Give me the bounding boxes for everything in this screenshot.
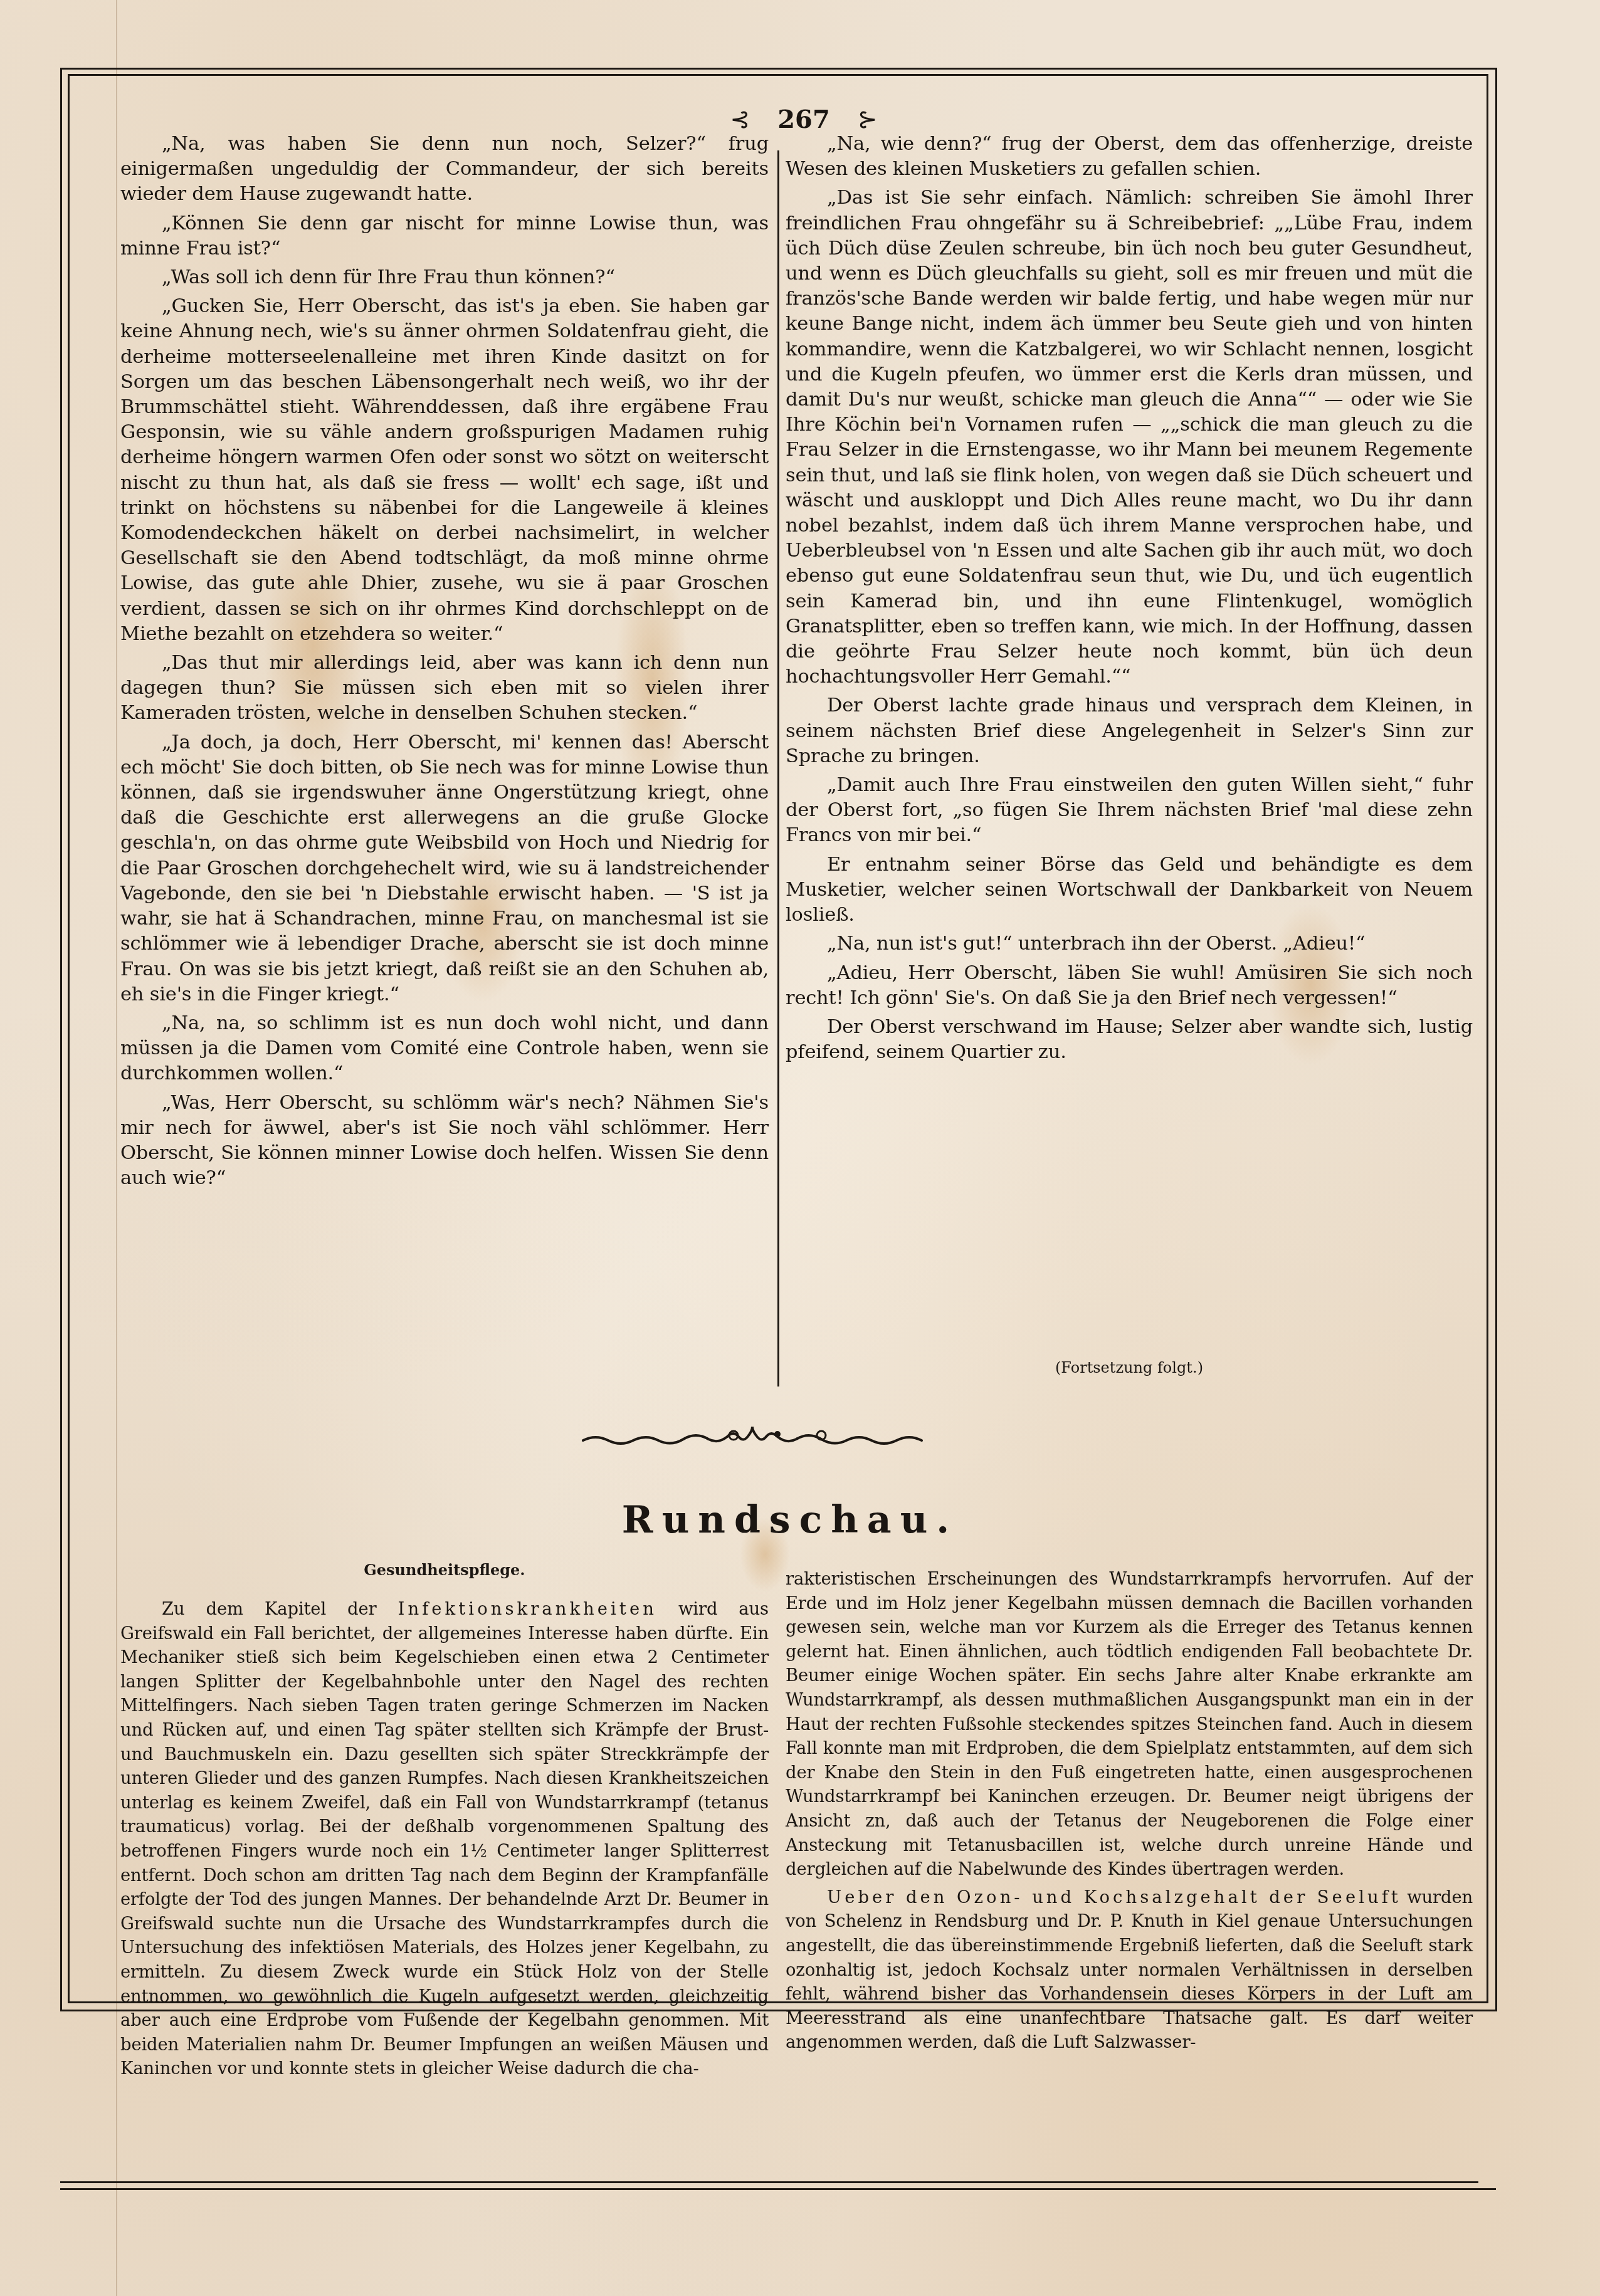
paragraph: „Na, nun ist's gut!“ unterbrach ihn der …	[786, 931, 1473, 957]
paragraph: „Das ist Sie sehr einfach. Nämlich: schr…	[786, 186, 1473, 689]
paragraph: Der Oberst lachte grade hinaus und versp…	[786, 693, 1473, 769]
continued-note: (Fortsetzung folgt.)	[786, 1359, 1473, 1376]
paragraph-text: wird aus Greifswald ein Fall berichtet, …	[120, 1599, 769, 2078]
paragraph: „Was soll ich denn für Ihre Frau thun kö…	[120, 265, 769, 290]
page-number: 267	[777, 105, 830, 134]
paragraph: „Na, na, so schlimm ist es nun doch wohl…	[120, 1011, 769, 1087]
paragraph: „Na, was haben Sie denn nun noch, Selzer…	[120, 132, 769, 207]
bottom-rule	[60, 2188, 1496, 2190]
paragraph: „Können Sie denn gar nischt for minne Lo…	[120, 211, 769, 261]
section-divider-ornament-icon	[577, 1423, 978, 1454]
paragraph: Zu dem Kapitel der Infektionskrankheiten…	[120, 1597, 769, 2081]
ornament-left-icon: ⊰	[730, 105, 750, 133]
rundschau-column-left: Zu dem Kapitel der Infektionskrankheiten…	[120, 1597, 769, 2085]
rundschau-column-right: rakteristischen Erscheinungen des Wundst…	[786, 1567, 1473, 2058]
emphasized-term: Ueber den Ozon- und Kochsalzgehalt der S…	[827, 1887, 1401, 1907]
bottom-rule	[60, 2181, 1478, 2183]
paragraph: rakteristischen Erscheinungen des Wundst…	[786, 1567, 1473, 1882]
paragraph-text: wurden von Schelenz in Rendsburg und Dr.…	[786, 1887, 1473, 2053]
emphasized-term: Infektionskrankheiten	[398, 1599, 657, 1619]
paragraph-text: Zu dem Kapitel der	[162, 1599, 398, 1619]
column-divider	[777, 150, 779, 1387]
ornament-right-icon: ⊱	[858, 105, 878, 133]
paragraph: „Damit auch Ihre Frau einstweilen den gu…	[786, 773, 1473, 849]
paragraph: „Gucken Sie, Herr Oberscht, das ist's ja…	[120, 294, 769, 647]
paragraph: „Ja doch, ja doch, Herr Oberscht, mi' ke…	[120, 730, 769, 1007]
paragraph: „Na, wie denn?“ frug der Oberst, dem das…	[786, 132, 1473, 182]
paragraph: Der Oberst verschwand im Hause; Selzer a…	[786, 1015, 1473, 1065]
paragraph: „Das thut mir allerdings leid, aber was …	[120, 651, 769, 726]
paragraph: Ueber den Ozon- und Kochsalzgehalt der S…	[786, 1885, 1473, 2055]
story-column-right: „Na, wie denn?“ frug der Oberst, dem das…	[786, 132, 1473, 1069]
section-title: Rundschau.	[602, 1498, 978, 1542]
story-column-left: „Na, was haben Sie denn nun noch, Selzer…	[120, 132, 769, 1195]
subsection-title: Gesundheitspflege.	[120, 1561, 769, 1579]
paragraph: „Was, Herr Oberscht, su schlömm wär's ne…	[120, 1091, 769, 1192]
paragraph: „Adieu, Herr Oberscht, läben Sie wuhl! A…	[786, 961, 1473, 1011]
paragraph: Er entnahm seiner Börse das Geld und beh…	[786, 852, 1473, 928]
